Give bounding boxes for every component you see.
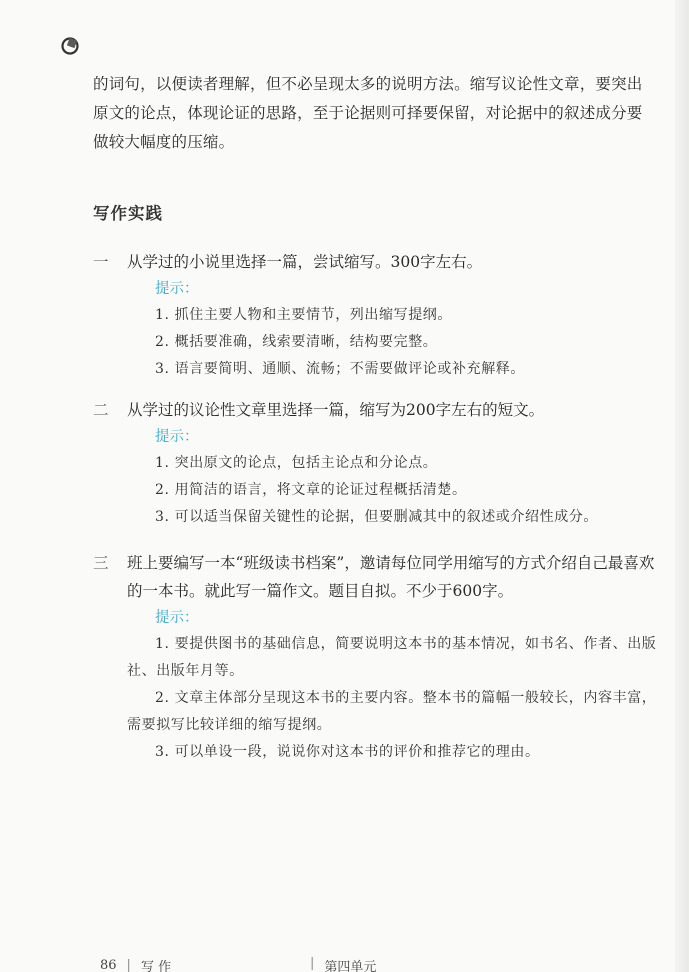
- section-title: 写作实践: [93, 200, 163, 224]
- page-number: 86: [100, 958, 117, 972]
- page-edge: [675, 0, 689, 972]
- task-text: 从学过的小说里选择一篇，尝试缩写。300字左右。: [127, 248, 663, 276]
- task-1: 一 从学过的小说里选择一篇，尝试缩写。300字左右。 提示： 1. 抓住主要人物…: [93, 248, 663, 383]
- hint-item: 3. 可以单设一段，说说你对这本书的评价和推荐它的理由。: [127, 739, 663, 766]
- hint-item: 1. 突出原文的论点，包括主论点和分论点。: [155, 450, 663, 477]
- footer-unit: 第四单元: [324, 956, 376, 972]
- task-3: 三 班上要编写一本“班级读书档案”，邀请每位同学用缩写的方式介绍自己最喜欢的一本…: [93, 549, 663, 766]
- task-2: 二 从学过的议论性文章里选择一篇，缩写为200字左右的短文。 提示： 1. 突出…: [93, 396, 663, 531]
- footer-section: 写 作: [141, 956, 171, 972]
- hint-label: 提示：: [155, 276, 663, 302]
- hint-label: 提示：: [155, 605, 663, 631]
- task-text: 从学过的议论性文章里选择一篇，缩写为200字左右的短文。: [127, 396, 663, 424]
- hint-item: 1. 抓住主要人物和主要情节，列出缩写提纲。: [155, 302, 663, 329]
- hint-item: 2. 概括要准确，线索要清晰，结构要完整。: [155, 329, 663, 356]
- hint-item: 3. 语言要简明、通顺、流畅；不需要做评论或补充解释。: [155, 356, 663, 383]
- hint-label: 提示：: [155, 424, 663, 450]
- task-text: 班上要编写一本“班级读书档案”，邀请每位同学用缩写的方式介绍自己最喜欢的一本书。…: [127, 549, 663, 605]
- intro-paragraph: 的词句，以便读者理解，但不必呈现太多的说明方法。缩写议论性文章，要突出原文的论点…: [93, 70, 653, 157]
- hint-item: 3. 可以适当保留关键性的论据，但要删减其中的叙述或介绍性成分。: [155, 504, 663, 531]
- task-number: 一: [93, 248, 127, 276]
- page-footer: 86 | 写 作 | 第四单元: [100, 956, 660, 972]
- book-circle-icon: [60, 36, 80, 56]
- footer-divider: |: [127, 958, 131, 972]
- footer-divider: |: [310, 956, 314, 972]
- task-number: 二: [93, 396, 127, 424]
- hint-item: 1. 要提供图书的基础信息，简要说明这本书的基本情况，如书名、作者、出版社、出版…: [127, 631, 663, 685]
- hint-item: 2. 用简洁的语言，将文章的论证过程概括清楚。: [155, 477, 663, 504]
- task-number: 三: [93, 549, 127, 605]
- hint-item: 2. 文章主体部分呈现这本书的主要内容。整本书的篇幅一般较长，内容丰富，需要拟写…: [127, 685, 663, 739]
